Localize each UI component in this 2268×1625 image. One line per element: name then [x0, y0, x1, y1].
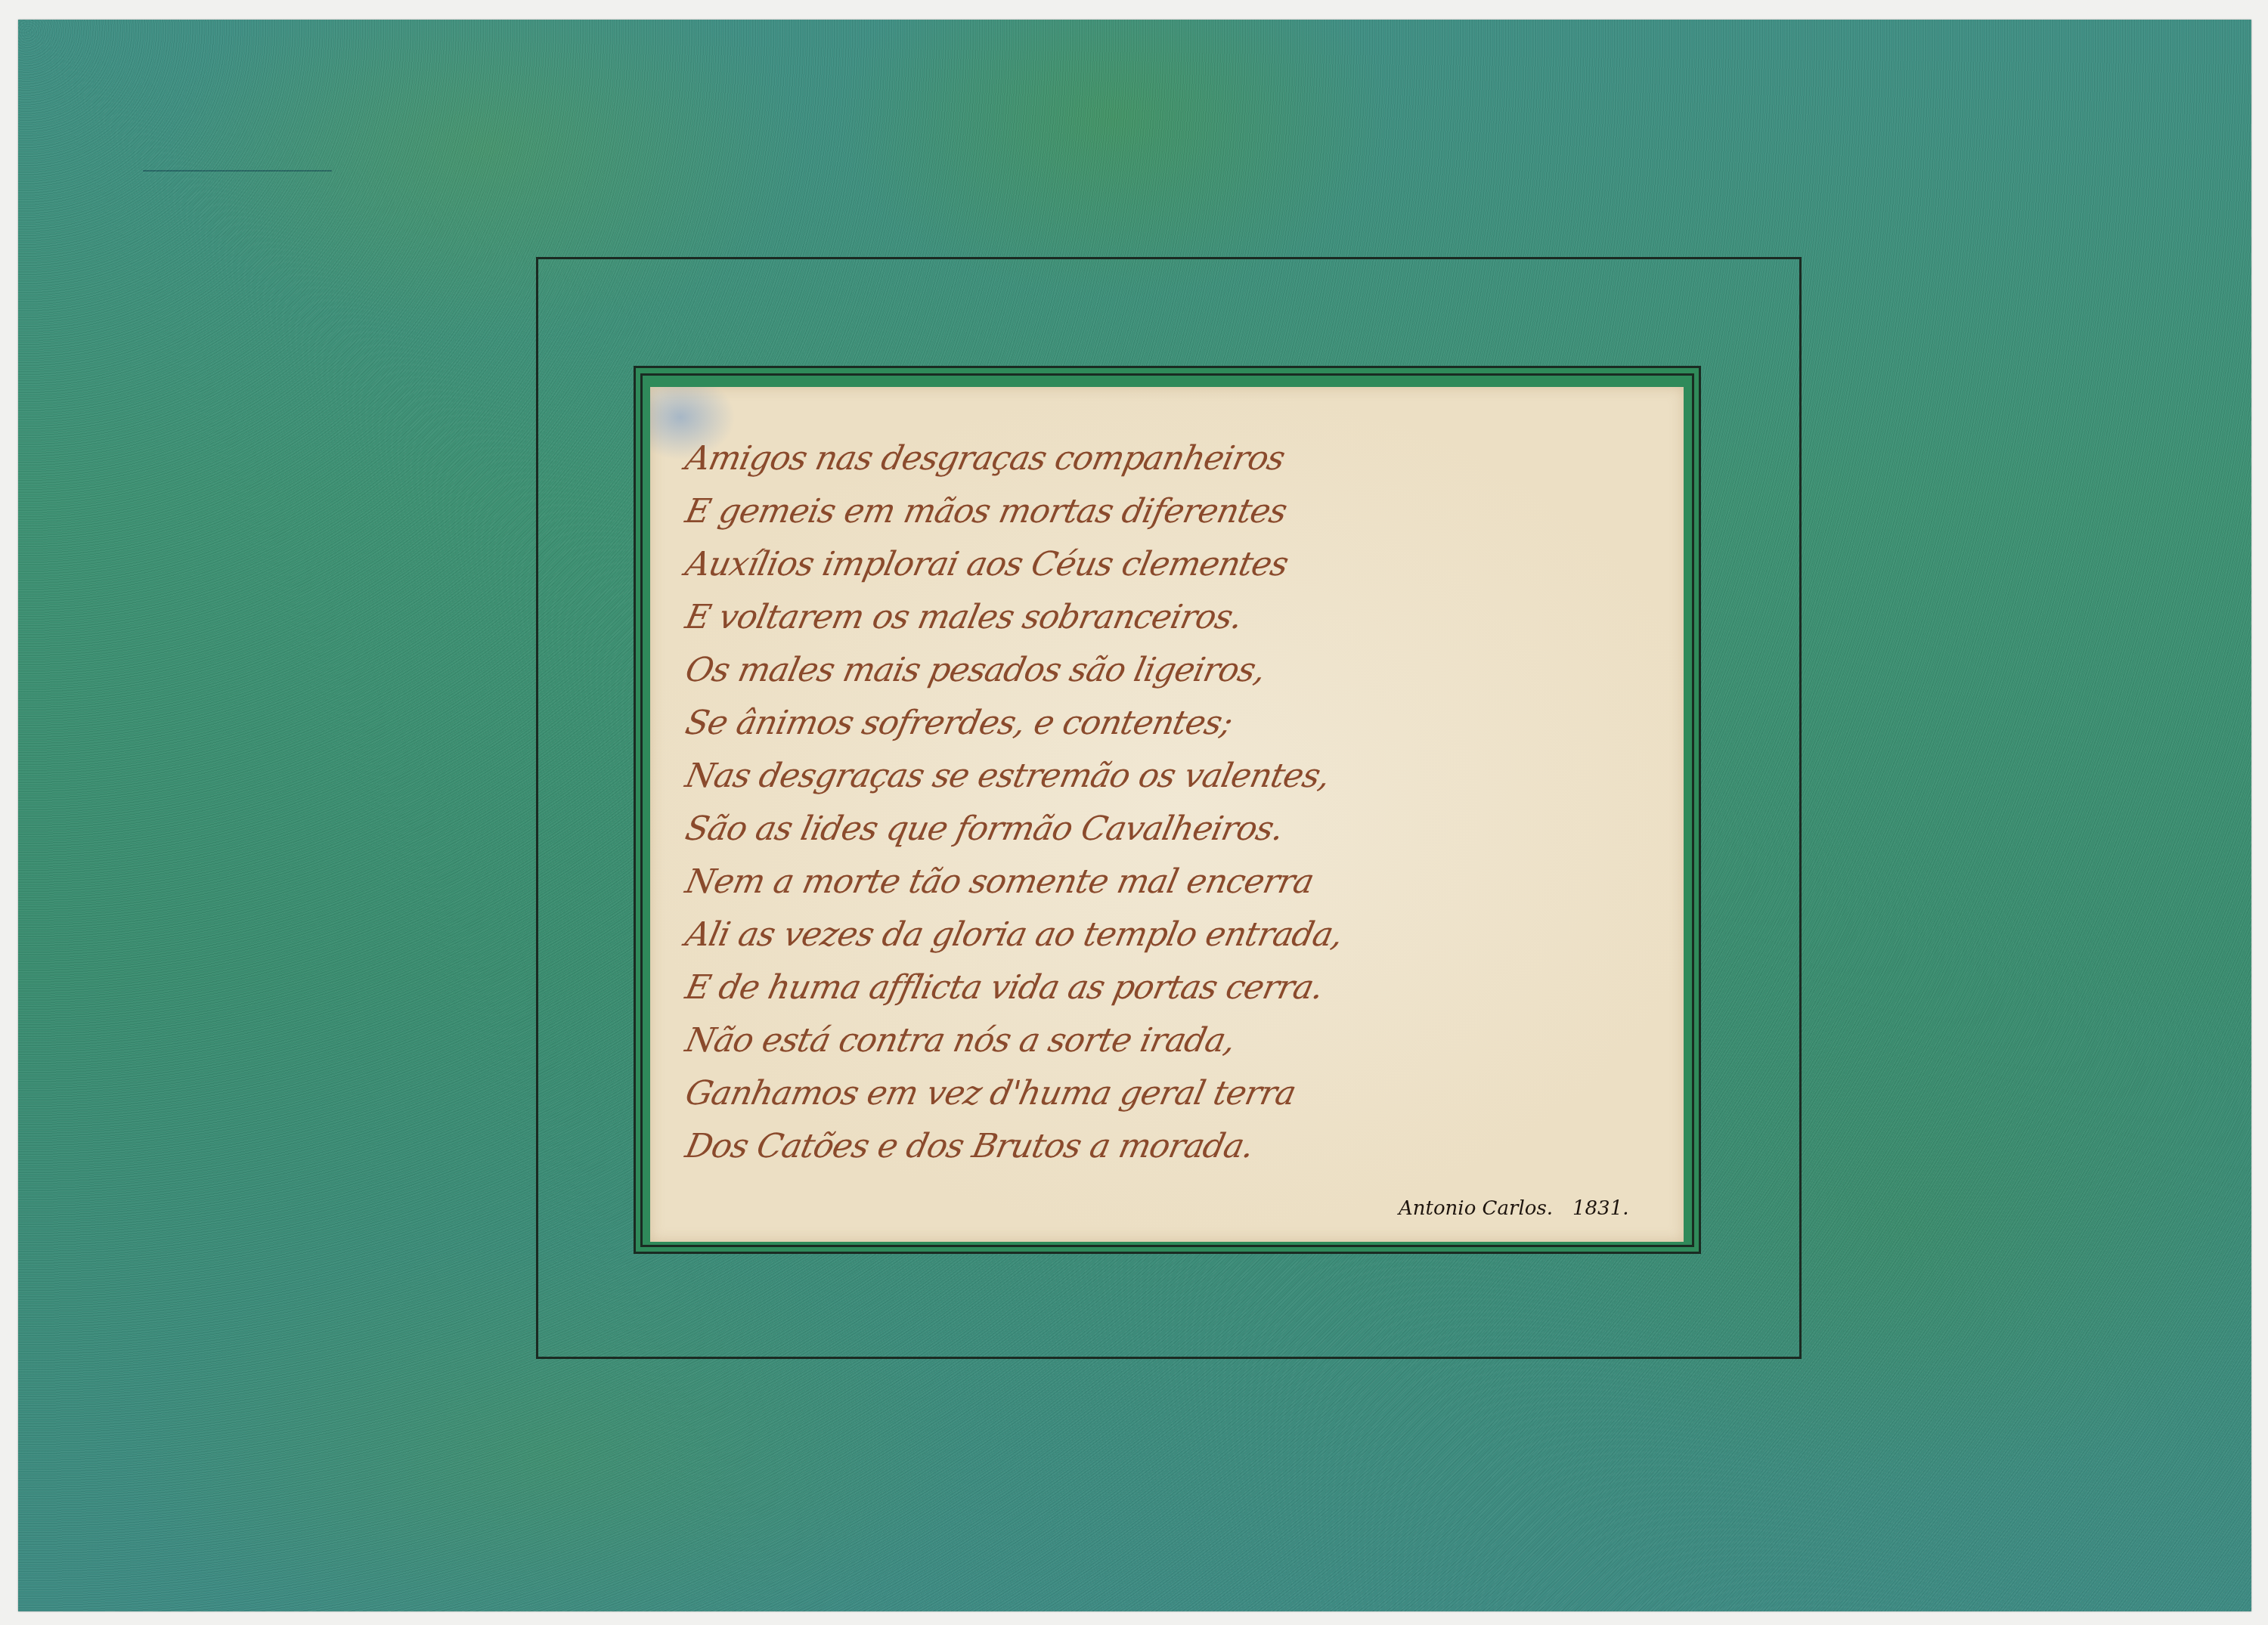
signature-year: 1831.: [1572, 1197, 1628, 1220]
poem-line: Não está contra nós a sorte irada,: [680, 1014, 1675, 1067]
signature: Antonio Carlos.1831.: [1399, 1197, 1628, 1220]
poem: Amigos nas desgraças companheiros E geme…: [680, 432, 1663, 1173]
poem-line: Auxílios implorai aos Céus clementes: [680, 538, 1675, 591]
poem-line: Ganhamos em vez d'huma geral terra: [680, 1067, 1675, 1120]
manuscript-paper: Amigos nas desgraças companheiros E geme…: [650, 387, 1684, 1242]
poem-line: Se ânimos sofrerdes, e contentes;: [680, 697, 1675, 750]
poem-line: Dos Catões e dos Brutos a morada.: [680, 1120, 1675, 1173]
poem-line: Ali as vezes da gloria ao templo entrada…: [680, 908, 1675, 961]
poem-line: Nas desgraças se estremão os valentes,: [680, 750, 1675, 803]
poem-line: São as lides que formão Cavalheiros.: [680, 803, 1675, 856]
poem-line: E de huma afflicta vida as portas cerra.: [680, 961, 1675, 1014]
signature-name: Antonio Carlos.: [1399, 1197, 1553, 1220]
poem-line: Amigos nas desgraças companheiros: [680, 432, 1675, 485]
poem-line: Nem a morte tão somente mal encerra: [680, 856, 1675, 908]
poem-line: Os males mais pesados são ligeiros,: [680, 644, 1675, 697]
pencil-mark: [143, 170, 332, 172]
poem-line: E gemeis em mãos mortas diferentes: [680, 485, 1675, 538]
poem-line: E voltarem os males sobranceiros.: [680, 591, 1675, 644]
